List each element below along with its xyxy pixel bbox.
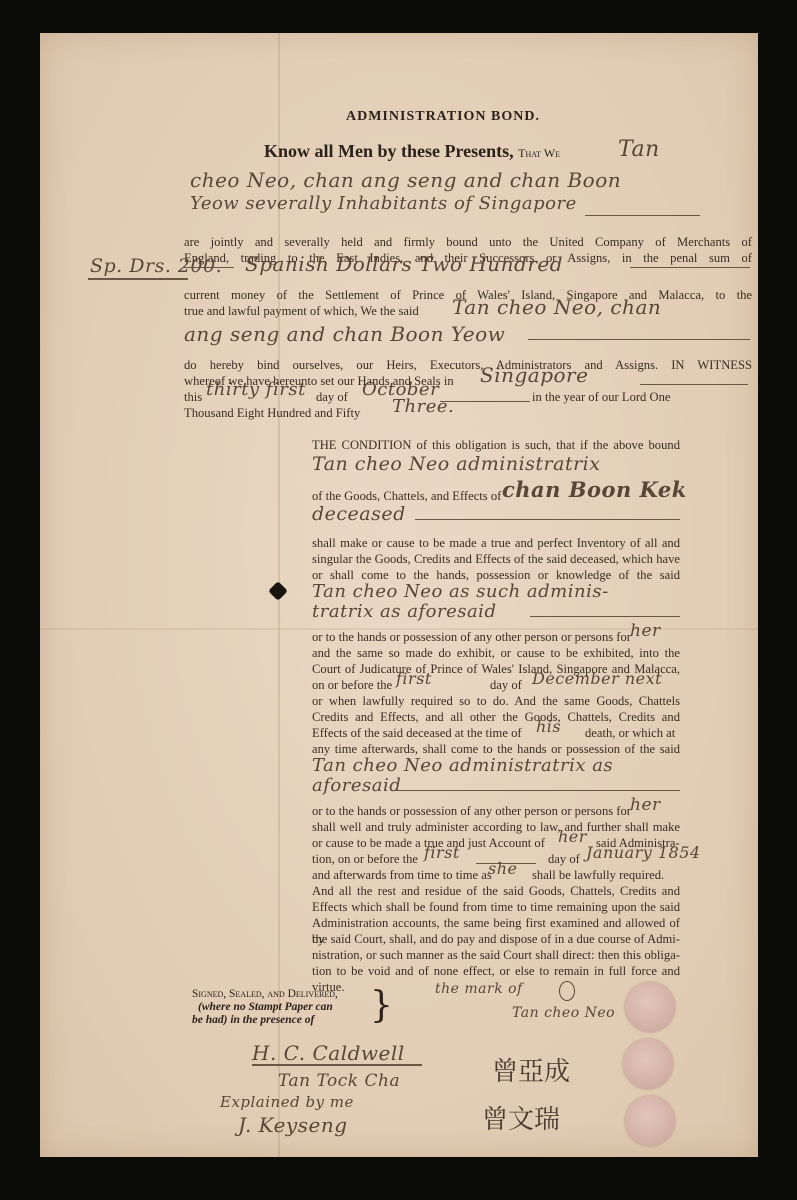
condition-line: death, or which at (585, 725, 675, 741)
condition-hand: her (558, 827, 587, 846)
handwritten-day: thirty first (206, 379, 306, 400)
wax-seal-3 (625, 1096, 675, 1146)
condition-line: tion, on or before the (312, 851, 418, 867)
condition-line: shall well and truly administer accordin… (312, 819, 680, 835)
condition-line: the said Court, shall, and do pay and di… (312, 931, 680, 947)
condition-hand: tratrix as aforesaid (312, 601, 496, 622)
condition-hand: her (630, 795, 661, 815)
condition-hand: Tan cheo Neo administratrix (312, 453, 600, 475)
bond-document: ADMINISTRATION BOND. Know all Men by the… (40, 33, 758, 1157)
blank-line (630, 267, 750, 268)
signature-underline (252, 1064, 422, 1066)
handwritten-year: Three. (392, 396, 454, 417)
blank-line (415, 519, 680, 520)
opening-formula: Know all Men by these Presents, That We (264, 141, 560, 162)
witness-signature-3: J. Keyseng (238, 1113, 348, 1137)
condition-line: or to the hands or possession of any oth… (312, 629, 631, 645)
signed-sealed-delivered: Signed, Sealed, and Delivered, (where no… (192, 988, 338, 1027)
condition-line: and afterwards from time to time as (312, 867, 492, 883)
wax-seal-2 (623, 1039, 673, 1089)
brace-icon: } (370, 985, 393, 1026)
condition-hand: his (536, 717, 561, 736)
condition-line: Effects which shall be found from time t… (312, 899, 680, 915)
witness-note: Explained by me (220, 1093, 354, 1111)
signed-line-3: be had) in the presence of (192, 1014, 338, 1027)
handwritten-obligors-2: cheo Neo, chan ang seng and chan Boon (190, 168, 621, 192)
mark-name: Tan cheo Neo (512, 1005, 615, 1021)
document-title: ADMINISTRATION BOND. (346, 109, 540, 125)
signed-line-2: (where no Stampt Paper can (192, 1001, 338, 1014)
chinese-signature-2: 曾文瑞 (482, 1099, 560, 1136)
condition-line: on or before the (312, 677, 392, 693)
blank-line (395, 790, 680, 791)
ink-blot (268, 581, 288, 601)
condition-line: Credits and Effects, and all other the G… (312, 709, 680, 725)
condition-hand: December next (532, 669, 662, 688)
condition-line: and the same so made do exhibit, or caus… (312, 645, 680, 661)
handwritten-obligors-3: Yeow severally Inhabitants of Singapore (190, 193, 577, 214)
condition-line: THE CONDITION of this obligation is such… (312, 437, 680, 453)
condition-hand: her (630, 621, 661, 641)
para2-line2: true and lawful payment of which, We the… (184, 303, 419, 319)
para3-line3-year: in the year of our Lord One (532, 389, 670, 405)
condition-hand: first (396, 669, 432, 688)
condition-line: day of (490, 677, 522, 693)
para3-line3-this: this (184, 389, 202, 405)
condition-line: shall be lawfully required. (532, 867, 664, 883)
para3-line1: do hereby bind ourselves, our Heirs, Exe… (184, 357, 752, 373)
para3-line4: Thousand Eight Hundred and Fifty (184, 405, 360, 421)
condition-hand: chan Boon Kek (502, 477, 687, 502)
condition-hand: deceased (312, 503, 406, 525)
wax-seal-1 (625, 982, 675, 1032)
condition-hand: first (424, 843, 460, 862)
margin-underline (88, 278, 188, 280)
witness-signature-2: Tan Tock Cha (278, 1071, 400, 1091)
margin-sum: Sp. Drs. 200. (90, 255, 222, 277)
blank-line (585, 215, 700, 216)
opening-smallcaps: That We (518, 146, 560, 160)
condition-line: And all the rest and residue of the said… (312, 883, 680, 899)
handwritten-place: Singapore (480, 363, 588, 387)
condition-hand: January 1854 (586, 843, 701, 862)
condition-line: or to the hands or possession of any oth… (312, 803, 631, 819)
mark-circle-icon (559, 981, 575, 1001)
blank-line (530, 616, 680, 617)
blank-line (528, 339, 750, 340)
condition-hand: she (488, 859, 517, 878)
handwritten-said-1: Tan cheo Neo, chan (452, 295, 661, 319)
chinese-signature-1: 曾亞成 (492, 1051, 570, 1088)
condition-line: nistration, or such manner as the said C… (312, 947, 680, 963)
condition-hand: Tan cheo Neo administratrix as (312, 755, 613, 776)
handwritten-sum: Spanish Dollars Two Hundred (245, 252, 563, 276)
para1-line1: are jointly and severally held and firml… (184, 234, 752, 250)
condition-line: of the Goods, Chattels, and Effects of (312, 488, 501, 504)
condition-line: or when lawfully required so to do. And … (312, 693, 680, 709)
handwritten-obligors-1: Tan (618, 137, 660, 162)
blank-line (184, 267, 234, 268)
handwritten-said-2: ang seng and chan Boon Yeow (184, 322, 505, 346)
condition-hand: Tan cheo Neo as such adminis- (312, 581, 609, 602)
mark-text: the mark of (435, 981, 523, 997)
condition-line: day of (548, 851, 580, 867)
blank-line (640, 384, 748, 385)
para3-line3-dayof: day of (316, 389, 348, 405)
witness-signature-1: H. C. Caldwell (252, 1041, 405, 1065)
condition-line: shall make or cause to be made a true an… (312, 535, 680, 551)
condition-line: singular the Goods, Credits and Effects … (312, 551, 680, 567)
opening-gothic: Know all Men by these Presents, (264, 141, 514, 161)
condition-line: Effects of the said deceased at the time… (312, 725, 522, 741)
condition-hand: aforesaid (312, 775, 401, 796)
signed-line-1: Signed, Sealed, and Delivered, (192, 988, 338, 1001)
